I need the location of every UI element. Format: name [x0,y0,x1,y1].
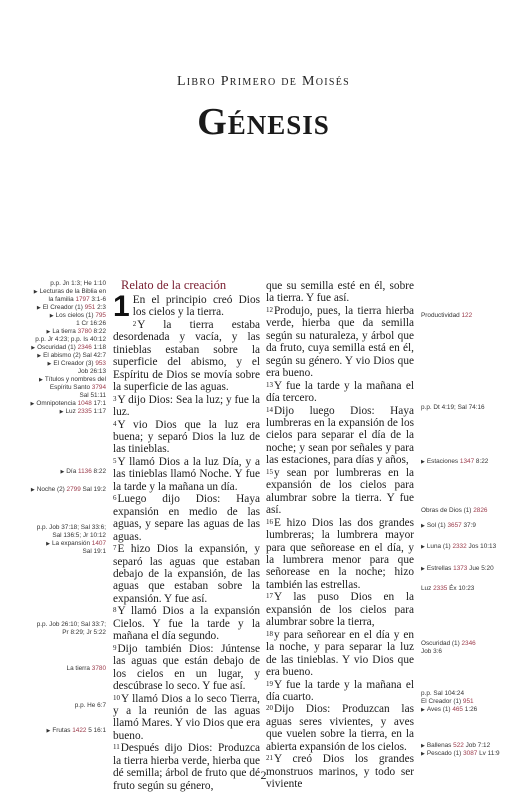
triangle-marker-icon: ▶ [421,707,425,713]
verse-reference: 1:26 [463,706,477,713]
note-label: Frutas [52,727,72,734]
chapter-number: 1 [113,295,130,319]
triangle-marker-icon: ▶ [46,728,50,734]
note-label: Estaciones [427,458,460,465]
cross-reference-note[interactable]: La tierra 3780 [67,665,106,673]
cross-reference-note[interactable]: ▶Luz 2335 1:17 [60,408,106,416]
topic-number: 3780 [78,328,92,335]
verse-reference: 8:22 [474,458,488,465]
verse-reference: 8:22 [92,328,106,335]
topic-number: 2346 [78,344,92,351]
cross-reference-note[interactable]: ▶Pescado (1) 3087 Lv 11:9 [421,750,500,758]
verse: 3Y dijo Dios: Sea la luz; y fue la luz. [113,394,260,419]
topic-number: 795 [95,312,106,319]
topic-number: 2799 [67,486,81,493]
note-label: p.p. Job 37:18; Sal 33:6; [37,524,106,531]
note-label: Día [66,468,78,475]
note-label: Sal 136:5; Jr 10:12 [52,532,106,539]
triangle-marker-icon: ▶ [39,377,43,383]
note-label: Sal 19:1 [83,548,106,555]
triangle-marker-icon: ▶ [421,523,425,529]
verse-reference: 8:22 [92,468,106,475]
verse-number: 20 [266,704,273,712]
verse-text: E hizo Dios la expansión, y separó las a… [113,543,260,605]
triangle-marker-icon: ▶ [31,487,35,493]
cross-reference-note[interactable]: ▶El Creador (3) 953 [48,360,106,368]
note-label: p.p. Dt 4:19; Sal 74:16 [421,404,485,411]
verse-text: y para señorear en el día y en la noche,… [266,629,414,678]
topic-number: 2826 [473,507,487,514]
triangle-marker-icon: ▶ [421,751,425,757]
verse: 4Y vio Dios que la luz era buena; y sepa… [113,419,260,456]
note-label: Sol (1) [427,522,448,529]
topic-number: 951 [463,698,474,705]
cross-reference-note[interactable]: p.p. Jr 4:23; p.p. Is 40:12 [35,336,106,344]
note-label: El Creador (1) [43,304,85,311]
text-column-right: que su semilla esté en él, sobre la tier… [266,280,414,791]
note-label: Pescado (1) [427,750,463,757]
cross-reference-note[interactable]: ▶Títulos y nombres del [39,376,106,384]
note-label: 1 Cr 16:26 [76,320,106,327]
verse-number: 13 [266,381,273,389]
verse-text: En el principio creó Dios los cielos y l… [133,294,260,318]
note-label: Productividad [421,312,462,319]
page-number: 2 [0,768,527,783]
verse-number: 12 [266,306,273,314]
triangle-marker-icon: ▶ [34,289,38,295]
triangle-marker-icon: ▶ [31,345,35,351]
verse-text: E hizo Dios las dos grandes lumbreras; l… [266,517,414,591]
topic-number: 2346 [462,640,476,647]
cross-reference-note[interactable]: ▶Omnipotencia 1048 17:1 [30,400,106,408]
cross-reference-note[interactable]: ▶Lecturas de la Biblia en [34,288,106,296]
triangle-marker-icon: ▶ [46,329,50,335]
triangle-marker-icon: ▶ [60,409,64,415]
topic-number: 951 [85,304,96,311]
cross-reference-note[interactable]: p.p. Dt 4:19; Sal 74:16 [421,404,485,412]
note-label: Títulos y nombres del [45,376,106,383]
verse-reference: Lv 11:9 [477,750,499,757]
section-heading: Relato de la creación [121,278,260,292]
triangle-marker-icon: ▶ [421,459,425,465]
verse-text: Y la tierra estaba desordenada y vacía, … [113,319,260,393]
cross-reference-note[interactable]: Sal 51:11 [79,392,106,400]
cross-reference-note[interactable]: Productividad 122 [421,312,472,320]
verse-number: 17 [266,592,273,600]
cross-reference-note[interactable]: 1 Cr 16:26 [76,320,106,328]
verse: 9Dijo también Dios: Júntense las aguas q… [113,643,260,693]
cross-reference-note[interactable]: ▶El abismo (2) Sal 42:7 [37,352,106,360]
verse: 19Y fue la tarde y la mañana el día cuar… [266,679,414,704]
topic-number: 2332 [452,543,466,550]
topic-number: 1373 [453,565,467,572]
verse-reference: Job 7:12 [464,742,490,749]
verse-number: 11 [113,743,120,751]
note-label: El Creador (3) [53,360,95,367]
note-label: Lecturas de la Biblia en [40,288,106,295]
verse-number: 7 [113,544,117,552]
verse-reference: Sal 19:2 [81,486,106,493]
note-label: Luz [65,408,77,415]
cross-reference-note[interactable]: Oscuridad (1) 2346 [421,640,476,648]
topic-number: 522 [453,742,464,749]
verse-text: Dijo luego Dios: Haya lumbreras en la ex… [266,405,414,467]
verse-reference: 2:3 [95,304,106,311]
topic-number: 3794 [92,384,106,391]
cross-reference-note[interactable]: p.p. Jn 1:3; He 1:10 [50,280,106,288]
verse: 14Dijo luego Dios: Haya lumbreras en la … [266,405,414,467]
verse-text: Y vio Dios que la luz era buena; y separ… [113,419,260,456]
cross-reference-note[interactable]: El Creador (1) 951 [421,698,474,706]
verse-text: Produjo, pues, la tierra hierba verde, h… [266,305,414,379]
verse-reference: 1:18 [92,344,106,351]
verse-number: 6 [113,494,117,502]
verse-text: y sean por lumbreras en la expansión de … [266,467,414,516]
cross-reference-note[interactable]: Sal 19:1 [83,548,106,556]
note-label: La expansión [52,540,92,547]
topic-number: 953 [95,360,106,367]
verse: 10Y llamó Dios a lo seco Tierra, y a la … [113,693,260,743]
verses-left: 1En el principio creó Dios los cielos y … [113,294,260,792]
cross-reference-note[interactable]: ▶Aves (1) 465 1:26 [421,706,477,714]
verse: 7E hizo Dios la expansión, y separó las … [113,543,260,605]
topic-number: 3087 [463,750,477,757]
triangle-marker-icon: ▶ [30,401,34,407]
cross-reference-note[interactable]: p.p. Job 26:10; Sal 33:7; [37,621,106,629]
note-label: Pr 8:29; Jr 5:22 [62,629,106,636]
cross-reference-note[interactable]: ▶Frutas 1422 5 16:1 [46,727,106,735]
triangle-marker-icon: ▶ [48,361,52,367]
note-label: Oscuridad (1) [421,640,462,647]
verse-number: 21 [266,754,273,762]
cross-reference-note[interactable]: ▶Día 1136 8:22 [60,468,106,476]
verse: 13Y fue la tarde y la mañana el día terc… [266,380,414,405]
cross-reference-note[interactable]: p.p. He 6:7 [75,702,106,710]
topic-number: 2335 [433,585,447,592]
note-label: Luna (1) [427,543,453,550]
verse-number: 2 [133,320,137,328]
topic-number: 3657 [447,522,461,529]
verse-number: 18 [266,630,273,638]
verse: que su semilla esté en él, sobre la tier… [266,280,414,305]
topic-number: 3780 [92,665,106,672]
note-label: Job 26:13 [78,368,106,375]
topic-number: 1048 [78,400,92,407]
verse-text: Después dijo Dios: Produzca la tierra hi… [113,742,260,791]
topic-number: 1407 [92,540,106,547]
note-label: p.p. Job 26:10; Sal 33:7; [37,621,106,628]
verse-text: Y las puso Dios en la expansión de los c… [266,591,414,628]
cross-reference-note[interactable]: ▶Ballenas 522 Job 7:12 [421,742,490,750]
note-label: la familia [48,296,75,303]
verse: 2Y la tierra estaba desordenada y vacía,… [113,319,260,394]
triangle-marker-icon: ▶ [50,313,54,319]
cross-reference-note[interactable]: ▶Luna (1) 2332 Jos 10:13 [421,543,496,551]
verse-number: 14 [266,406,273,414]
cross-reference-note[interactable]: ▶Noche (2) 2799 Sal 19:2 [31,486,106,494]
verse-text: Y fue la tarde y la mañana el día tercer… [266,380,414,404]
triangle-marker-icon: ▶ [60,469,64,475]
verse-number: 10 [113,694,120,702]
verse-number: 5 [113,457,117,465]
note-label: p.p. He 6:7 [75,702,106,709]
cross-reference-note[interactable]: ▶Estrellas 1373 Jue 5:20 [421,565,494,573]
verse: 5Y llamó Dios a la luz Día, y a las tini… [113,456,260,493]
book-title: Génesis [0,100,527,144]
triangle-marker-icon: ▶ [421,566,425,572]
verse-text: Y fue la tarde y la mañana el día cuarto… [266,679,414,703]
verse-reference: 17:1 [92,400,106,407]
triangle-marker-icon: ▶ [46,541,50,547]
cross-reference-note[interactable]: ▶Sol (1) 3657 37:9 [421,522,476,530]
verse: 8Y llamó Dios a la expansión Cielos. Y f… [113,605,260,642]
verse: 20Dijo Dios: Produzcan las aguas seres v… [266,703,414,753]
note-label: Estrellas [427,565,453,572]
cross-reference-note[interactable]: ▶Estaciones 1347 8:22 [421,458,488,466]
note-label: Obras de Dios (1) [421,507,473,514]
cross-reference-note[interactable]: la familia 1797 3:1-6 [48,296,106,304]
note-label: Oscuridad (1) [37,344,78,351]
verse-number: 15 [266,468,273,476]
text-column-left: Relato de la creación 1En el principio c… [113,278,260,792]
verse: 12Produjo, pues, la tierra hierba verde,… [266,305,414,380]
verse-text: Dijo también Dios: Júntense las aguas qu… [113,643,260,692]
cross-reference-note[interactable]: p.p. Sal 104:24 [421,690,464,698]
verse: 1En el principio creó Dios los cielos y … [113,294,260,319]
verse-reference: 3:1-6 [90,296,106,303]
verse-text: Y dijo Dios: Sea la luz; y fue la luz. [113,394,260,418]
verse-reference: 5 16:1 [86,727,106,734]
verse-text: Luego dijo Dios: Haya expansión en medio… [113,493,260,542]
note-label: Sal 51:11 [79,392,106,399]
note-label: Ballenas [427,742,453,749]
verse-number: 4 [113,420,117,428]
verse-number: 16 [266,518,273,526]
note-label: Job 3:6 [421,648,442,655]
cross-reference-note[interactable]: Luz 2335 Éx 10:23 [421,585,474,593]
note-label: El Creador (1) [421,698,463,705]
topic-number: 1422 [72,727,86,734]
verse-text: Y llamó Dios a la luz Día, y a las tinie… [113,456,260,493]
verse-reference: Jue 5:20 [467,565,493,572]
note-label: p.p. Jr 4:23; p.p. Is 40:12 [35,336,106,343]
note-label: Espíritu Santo [50,384,92,391]
verse-number: 19 [266,680,273,688]
verse: 16E hizo Dios las dos grandes lumbreras;… [266,517,414,592]
cross-reference-note[interactable]: Pr 8:29; Jr 5:22 [62,629,106,637]
verse-reference: 1:17 [92,408,106,415]
verse-reference: Sal 42:7 [83,352,106,359]
topic-number: 465 [452,706,463,713]
verse: 18y para señorear en el día y en la noch… [266,629,414,679]
topic-number: 1136 [78,468,92,475]
verse-reference: Éx 10:23 [447,585,474,592]
note-label: p.p. Jn 1:3; He 1:10 [50,280,106,287]
verse-reference: 37:9 [462,522,476,529]
cross-reference-note[interactable]: Job 26:13 [78,368,106,376]
verse-text: Y llamó Dios a la expansión Cielos. Y fu… [113,605,260,642]
verse: 6Luego dijo Dios: Haya expansión en medi… [113,493,260,543]
cross-reference-note[interactable]: ▶La expansión 1407 [46,540,106,548]
triangle-marker-icon: ▶ [421,544,425,550]
verse-text: que su semilla esté en él, sobre la tier… [266,280,414,304]
cross-reference-note[interactable]: Job 3:6 [421,648,442,656]
cross-reference-note[interactable]: ▶La tierra 3780 8:22 [46,328,106,336]
cross-reference-note[interactable]: Espíritu Santo 3794 [50,384,106,392]
triangle-marker-icon: ▶ [421,743,425,749]
verse-number: 8 [113,606,117,614]
topic-number: 122 [462,312,473,319]
cross-reference-note[interactable]: p.p. Job 37:18; Sal 33:6; [37,524,106,532]
cross-reference-note[interactable]: Obras de Dios (1) 2826 [421,507,487,515]
verse: 17Y las puso Dios en la expansión de los… [266,591,414,628]
triangle-marker-icon: ▶ [37,353,41,359]
cross-reference-note[interactable]: Sal 136:5; Jr 10:12 [52,532,106,540]
verse: 15y sean por lumbreras en la expansión d… [266,467,414,517]
cross-reference-note[interactable]: ▶El Creador (1) 951 2:3 [37,304,106,312]
verse-text: Y llamó Dios a lo seco Tierra, y a la re… [113,693,260,742]
verse-text: Dijo Dios: Produzcan las aguas seres viv… [266,703,414,752]
topic-number: 2335 [78,408,92,415]
cross-reference-note[interactable]: ▶Los cielos (1) 795 [50,312,106,320]
topic-number: 1347 [460,458,474,465]
note-label: Luz [421,585,433,592]
triangle-marker-icon: ▶ [37,305,41,311]
note-label: Aves (1) [427,706,452,713]
topic-number: 1797 [75,296,89,303]
note-label: El abismo (2) [43,352,82,359]
note-label: Noche (2) [37,486,67,493]
note-label: La tierra [67,665,92,672]
verse-reference: Jos 10:13 [467,543,497,550]
note-label: La tierra [52,328,77,335]
note-label: p.p. Sal 104:24 [421,690,464,697]
verse-number: 9 [113,644,117,652]
cross-reference-note[interactable]: ▶Oscuridad (1) 2346 1:18 [31,344,106,352]
verse-number: 3 [113,395,117,403]
book-subtitle: Libro Primero de Moisés [0,74,527,90]
note-label: Omnipotencia [36,400,77,407]
note-label: Los cielos (1) [56,312,96,319]
